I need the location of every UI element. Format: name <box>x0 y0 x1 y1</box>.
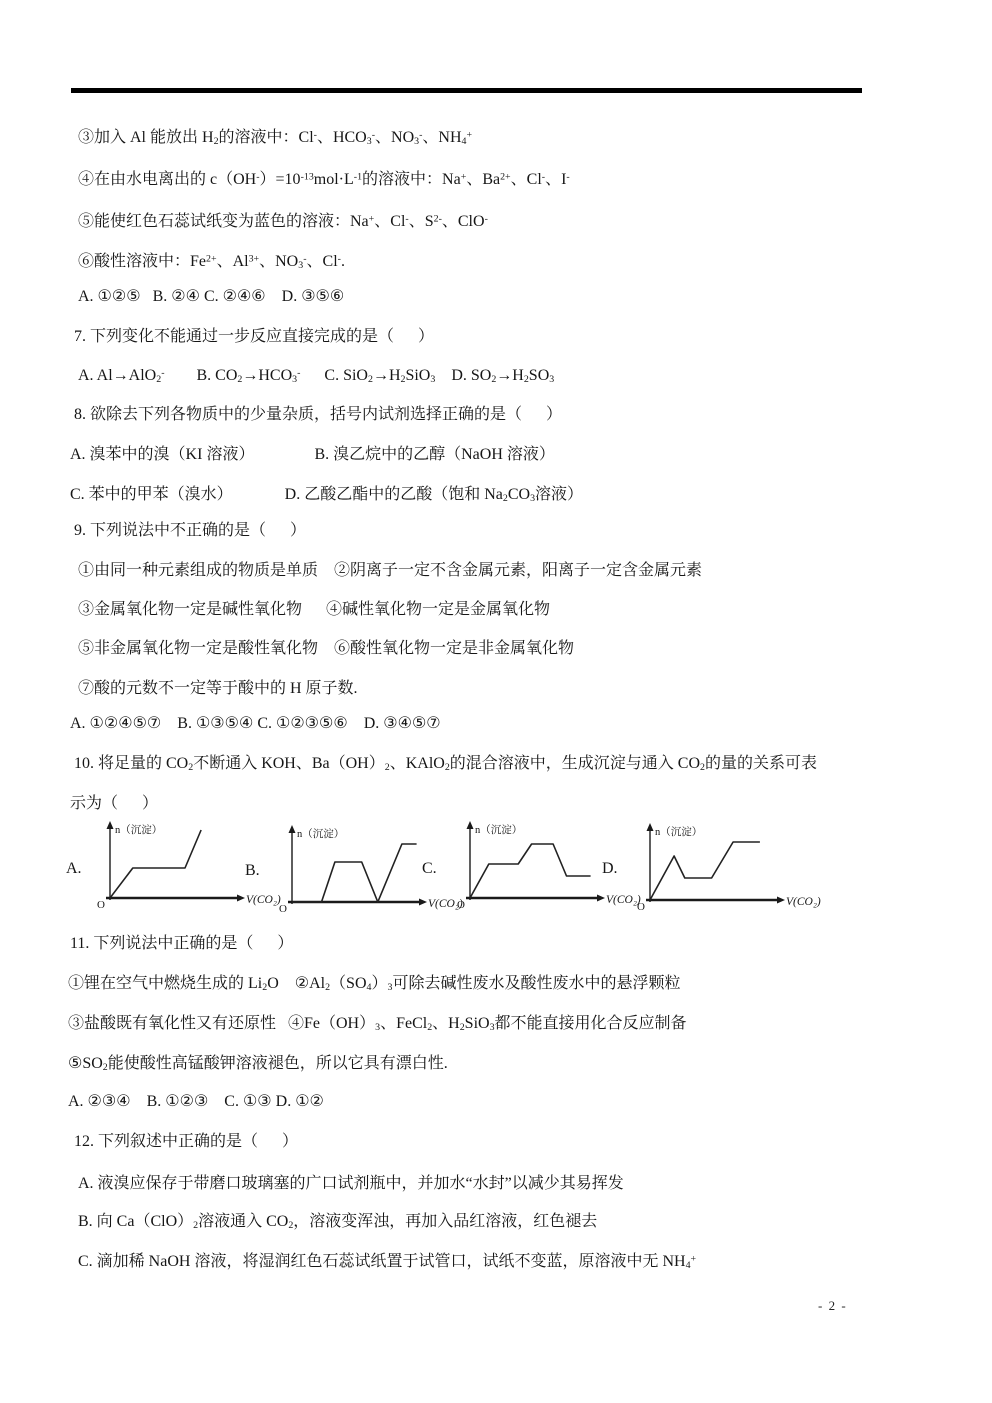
q9-items-12-line: ①由同一种元素组成的物质是单质 ②阴离子一定不含金属元素，阳离子一定含金属元素 <box>78 561 702 581</box>
origin-label: O <box>637 901 645 913</box>
q11-item-5-line: ⑤SO2能使酸性高锰酸钾溶液褪色，所以它具有漂白性. <box>68 1054 448 1074</box>
y-axis-label: n（沉淀） <box>475 823 522 836</box>
q9-options-line: A. ①②④⑤⑦ B. ①③⑤④ C. ①②③⑤⑥ D. ③④⑤⑦ <box>70 714 441 734</box>
q12-stem-line: 12. 下列叙述中正确的是（ ） <box>74 1132 298 1152</box>
q12-option-a-line: A. 液溴应保存于带磨口玻璃塞的广口试剂瓶中，并加水“水封”以减少其易挥发 <box>78 1174 624 1194</box>
x-axis-arrow-icon <box>597 895 605 902</box>
q6-options-line: A. ①②⑤ B. ②④ C. ②④⑥ D. ③⑤⑥ <box>78 287 344 307</box>
q6-item5-line: ⑤能使红色石蕊试纸变为蓝色的溶液：Na+、Cl-、S2-、ClO- <box>78 212 488 232</box>
q10-stem-line-1: 10. 将足量的 CO2不断通入 KOH、Ba（OH）2、KAlO2的混合溶液中… <box>74 754 817 774</box>
x-axis-label: V(CO₂) <box>786 896 821 908</box>
y-axis-arrow-icon <box>647 823 654 831</box>
q6-item3-line: ③加入 Al 能放出 H2的溶液中：Cl-、HCO3-、NO3-、NH4+ <box>78 128 472 148</box>
q7-options-line: A. Al→AlO2- B. CO2→HCO3- C. SiO2→H2SiO3 … <box>78 366 554 386</box>
q10-option-b-letter: B. <box>245 862 260 880</box>
q10-option-c-letter: C. <box>422 860 437 878</box>
q12-option-c-line: C. 滴加稀 NaOH 溶液，将湿润红色石蕊试纸置于试管口，试纸不变蓝，原溶液中… <box>78 1252 696 1272</box>
precipitate-curve <box>650 842 760 900</box>
precipitate-curve <box>110 830 201 898</box>
q8-options-cd-line: C. 苯中的甲苯（溴水） D. 乙酸乙酯中的乙酸（饱和 Na2CO3溶液） <box>70 485 583 505</box>
q6-item6-line: ⑥酸性溶液中：Fe2+、Al3+、NO3-、Cl-. <box>78 252 345 272</box>
header-rule <box>71 88 862 93</box>
q7-stem-line: 7. 下列变化不能通过一步反应直接完成的是（ ） <box>74 327 434 347</box>
q11-items-34-line: ③盐酸既有氧化性又有还原性 ④Fe（OH）3、FeCl2、H2SiO3都不能直接… <box>68 1014 687 1034</box>
y-axis-label: n（沉淀） <box>115 823 162 836</box>
q9-items-34-line: ③金属氧化物一定是碱性氧化物 ④碱性氧化物一定是金属氧化物 <box>78 600 550 620</box>
q8-stem-line: 8. 欲除去下列各物质中的少量杂质，括号内试剂选择正确的是（ ） <box>74 405 562 425</box>
q12-option-b-line: B. 向 Ca（ClO）2溶液通入 CO2，溶液变浑浊，再加入品红溶液，红色褪去 <box>78 1212 597 1232</box>
y-axis-arrow-icon <box>107 821 114 829</box>
q11-stem-line: 11. 下列说法中正确的是（ ） <box>70 934 293 954</box>
q10-option-d-letter: D. <box>602 860 618 878</box>
q11-options-line: A. ②③④ B. ①②③ C. ①③ D. ①② <box>68 1092 324 1112</box>
page-number: - 2 - <box>818 1298 847 1314</box>
q11-items-12-line: ①锂在空气中燃烧生成的 Li2O ②Al2（SO4）3可除去碱性废水及酸性废水中… <box>68 974 680 994</box>
q6-item4-line: ④在由水电离出的 c（OH-）=10-13mol·L-1的溶液中：Na+、Ba2… <box>78 170 570 190</box>
q9-stem-line: 9. 下列说法中不正确的是（ ） <box>74 521 306 541</box>
y-axis-label: n（沉淀） <box>297 827 344 840</box>
y-axis-label: n（沉淀） <box>655 825 702 838</box>
q10-graph-a: n（沉淀） V(CO₂) O <box>94 818 299 920</box>
y-axis-arrow-icon <box>467 821 474 829</box>
q9-items-56-line: ⑤非金属氧化物一定是酸性氧化物 ⑥酸性氧化物一定是非金属氧化物 <box>78 639 574 659</box>
q10-graph-c: n（沉淀） V(CO₂) O <box>454 818 659 920</box>
origin-label: O <box>457 899 465 911</box>
precipitate-curve <box>292 844 417 902</box>
q10-option-a-letter: A. <box>66 860 82 878</box>
q9-item-7-line: ⑦酸的元数不一定等于酸中的 H 原子数. <box>78 679 358 699</box>
q10-stem-line-2: 示为（ ） <box>70 794 158 814</box>
y-axis-arrow-icon <box>289 825 296 833</box>
q10-graph-d: n（沉淀） V(CO₂) O <box>634 820 839 922</box>
precipitate-curve <box>470 844 591 898</box>
x-axis-arrow-icon <box>419 899 427 906</box>
exam-page: ③加入 Al 能放出 H2的溶液中：Cl-、HCO3-、NO3-、NH4+ ④在… <box>0 0 992 1403</box>
origin-label: O <box>279 903 287 915</box>
q8-options-ab-line: A. 溴苯中的溴（KI 溶液） B. 溴乙烷中的乙醇（NaOH 溶液） <box>70 445 555 465</box>
origin-label: O <box>97 899 105 911</box>
x-axis-arrow-icon <box>237 895 245 902</box>
x-axis-arrow-icon <box>777 897 785 904</box>
q10-graph-b: n（沉淀） V(CO₂) O <box>276 822 481 924</box>
